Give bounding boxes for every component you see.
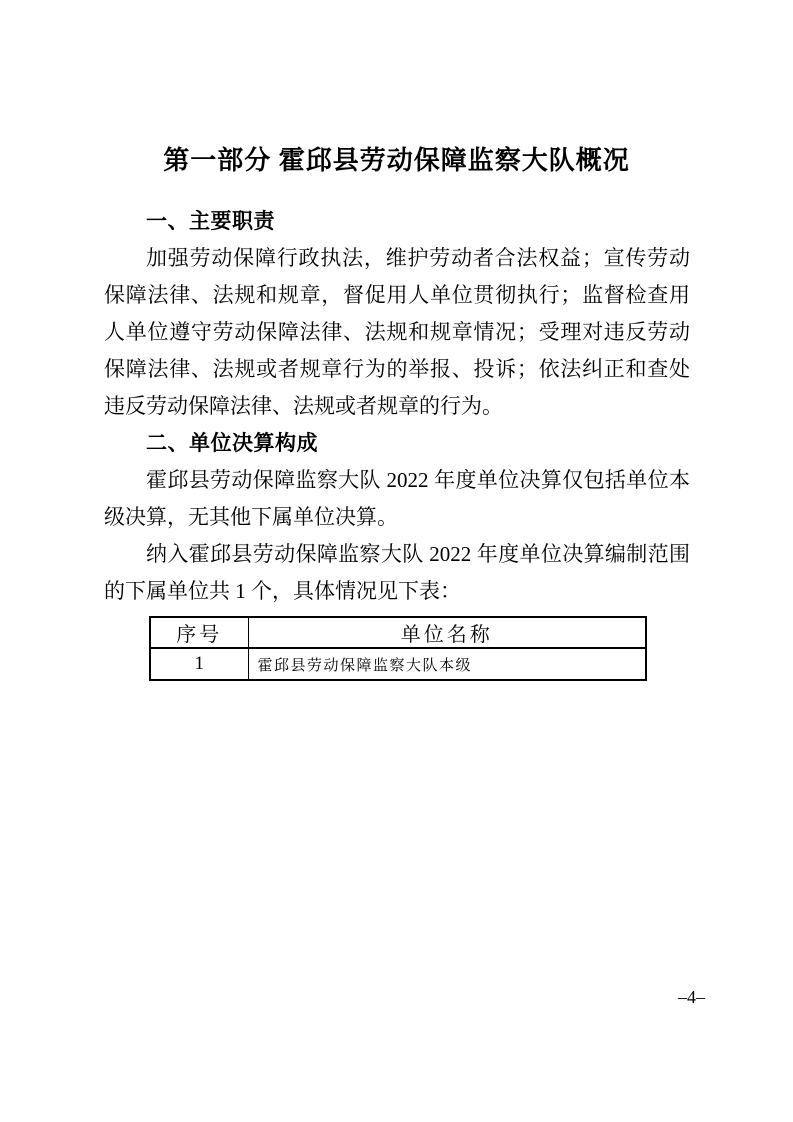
table-header-unit-name: 单位名称 <box>248 617 646 648</box>
subordinate-units-table: 序号 单位名称 1 霍邱县劳动保障监察大队本级 <box>149 616 647 681</box>
table-cell-unit-name: 霍邱县劳动保障监察大队本级 <box>248 648 646 680</box>
paragraph-main-duties: 加强劳动保障行政执法，维护劳动者合法权益；宣传劳动保障法律、法规和规章，督促用人… <box>104 240 690 425</box>
page-number: –4– <box>678 986 705 1008</box>
document-body: 一、主要职责 加强劳动保障行政执法，维护劳动者合法权益；宣传劳动保障法律、法规和… <box>104 203 690 681</box>
table-row: 1 霍邱县劳动保障监察大队本级 <box>150 648 646 680</box>
page-title: 第一部分 霍邱县劳动保障监察大队概况 <box>95 144 698 178</box>
section-heading-main-duties: 一、主要职责 <box>104 203 690 240</box>
table-header-sequence: 序号 <box>150 617 248 648</box>
table-header-row: 序号 单位名称 <box>150 617 646 648</box>
paragraph-subordinate-units-intro: 纳入霍邱县劳动保障监察大队 2022 年度单位决算编制范围的下属单位共 1 个，… <box>104 536 690 610</box>
document-page: 第一部分 霍邱县劳动保障监察大队概况 一、主要职责 加强劳动保障行政执法，维护劳… <box>0 0 793 1122</box>
paragraph-budget-scope: 霍邱县劳动保障监察大队 2022 年度单位决算仅包括单位本级决算，无其他下属单位… <box>104 462 690 536</box>
table-cell-sequence: 1 <box>150 648 248 680</box>
section-heading-budget-composition: 二、单位决算构成 <box>104 425 690 462</box>
